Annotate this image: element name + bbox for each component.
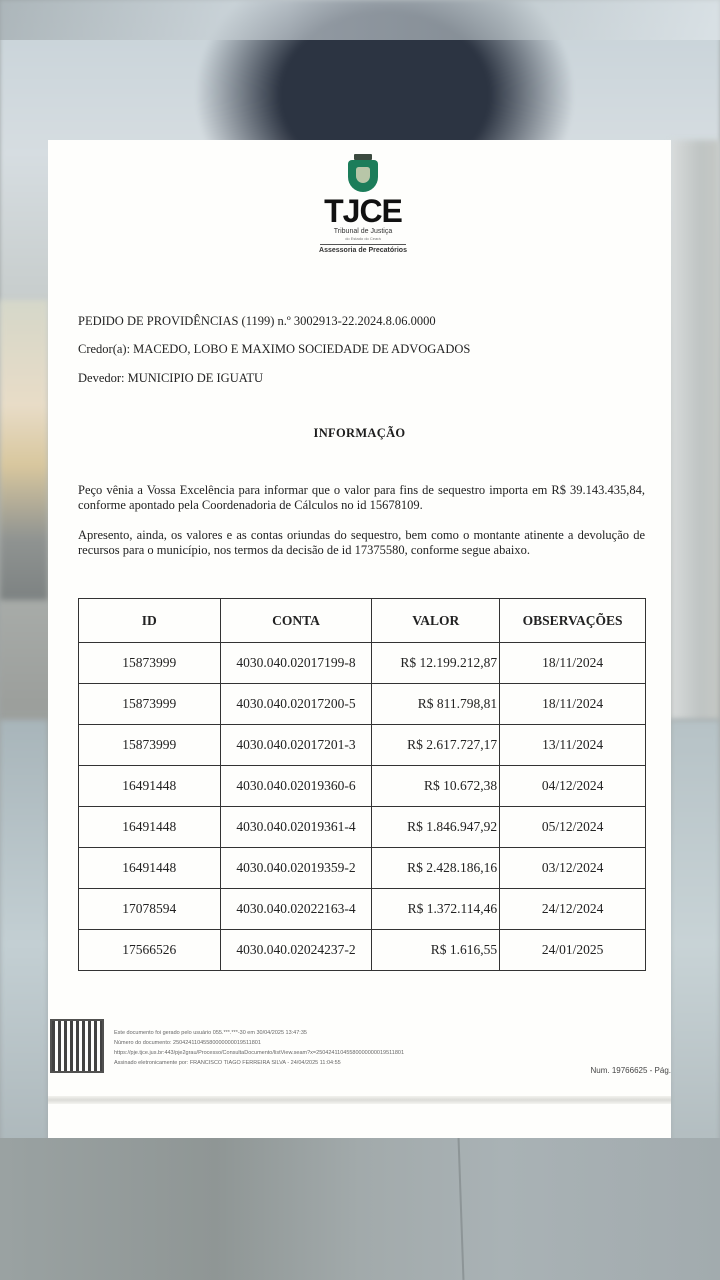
cell-conta: 4030.040.02024237-2 xyxy=(220,930,372,971)
department-name: Assessoria de Precatórios xyxy=(318,247,408,254)
cell-conta: 4030.040.02019361-4 xyxy=(220,807,372,848)
cell-valor: R$ 12.199.212,87 xyxy=(372,643,500,684)
tjce-logo: TJCE Tribunal de Justiça do Estado do Ce… xyxy=(318,154,408,254)
cell-observacoes: 18/11/2024 xyxy=(500,684,646,725)
table-row: 158739994030.040.02017200-5R$ 811.798,81… xyxy=(79,684,646,725)
accounts-table: ID CONTA VALOR OBSERVAÇÕES 158739994030.… xyxy=(78,598,646,971)
cell-observacoes: 24/12/2024 xyxy=(500,889,646,930)
cell-conta: 4030.040.02022163-4 xyxy=(220,889,372,930)
cell-observacoes: 04/12/2024 xyxy=(500,766,646,807)
cell-id: 16491448 xyxy=(79,848,221,889)
table-header-row: ID CONTA VALOR OBSERVAÇÕES xyxy=(79,599,646,643)
logo-text: TJCE xyxy=(318,194,408,228)
column-header-id: ID xyxy=(79,599,221,643)
table-row: 164914484030.040.02019361-4R$ 1.846.947,… xyxy=(79,807,646,848)
column-header-observacoes: OBSERVAÇÕES xyxy=(500,599,646,643)
cell-observacoes: 18/11/2024 xyxy=(500,643,646,684)
creditor: Credor(a): MACEDO, LOBO E MAXIMO SOCIEDA… xyxy=(78,342,470,356)
signature-block: Este documento foi gerado pelo usuário 0… xyxy=(114,1028,404,1068)
cell-valor: R$ 811.798,81 xyxy=(372,684,500,725)
table-row: 164914484030.040.02019359-2R$ 2.428.186,… xyxy=(79,848,646,889)
cell-conta: 4030.040.02017200-5 xyxy=(220,684,372,725)
table-row: 170785944030.040.02022163-4R$ 1.372.114,… xyxy=(79,889,646,930)
document-number-line: Número do documento: 2504241104558000000… xyxy=(114,1038,404,1048)
paragraph-sequestration-value: Peço vênia a Vossa Excelência para infor… xyxy=(78,483,645,513)
background-shirt-bottom xyxy=(0,1138,720,1280)
cell-valor: R$ 1.372.114,46 xyxy=(372,889,500,930)
generated-by-line: Este documento foi gerado pelo usuário 0… xyxy=(114,1028,404,1038)
qr-code xyxy=(50,1019,104,1073)
verification-url[interactable]: https://pje.tjce.jus.br:443/pje2grau/Pro… xyxy=(114,1048,404,1058)
background-left-strip xyxy=(0,300,48,600)
cell-conta: 4030.040.02019360-6 xyxy=(220,766,372,807)
logo-subtitle: Tribunal de Justiça xyxy=(318,228,408,236)
cell-id: 15873999 xyxy=(79,684,221,725)
background-right-strip xyxy=(670,140,720,720)
cell-id: 17566526 xyxy=(79,930,221,971)
cell-valor: R$ 1.616,55 xyxy=(372,930,500,971)
column-header-conta: CONTA xyxy=(220,599,372,643)
coat-of-arms-icon xyxy=(348,154,378,192)
debtor: Devedor: MUNICIPIO DE IGUATU xyxy=(78,371,263,385)
document-page: TJCE Tribunal de Justiça do Estado do Ce… xyxy=(48,140,671,1138)
cell-observacoes: 24/01/2025 xyxy=(500,930,646,971)
signed-by-line: Assinado eletronicamente por: FRANCISCO … xyxy=(114,1058,404,1068)
paragraph-accounts: Apresento, ainda, os valores e as contas… xyxy=(78,528,645,558)
logo-caption: do Estado do Ceará xyxy=(318,236,408,241)
page-number: Num. 19766625 - Pág. xyxy=(591,1066,672,1075)
cell-observacoes: 05/12/2024 xyxy=(500,807,646,848)
cell-conta: 4030.040.02017201-3 xyxy=(220,725,372,766)
table-row: 175665264030.040.02024237-2R$ 1.616,5524… xyxy=(79,930,646,971)
background-window-frame xyxy=(0,0,720,40)
cell-observacoes: 03/12/2024 xyxy=(500,848,646,889)
cell-id: 17078594 xyxy=(79,889,221,930)
logo-divider xyxy=(320,244,406,245)
section-heading: INFORMAÇÃO xyxy=(48,426,671,441)
cell-valor: R$ 1.846.947,92 xyxy=(372,807,500,848)
cell-valor: R$ 2.428.186,16 xyxy=(372,848,500,889)
table-row: 158739994030.040.02017201-3R$ 2.617.727,… xyxy=(79,725,646,766)
page-separator xyxy=(48,1096,671,1104)
cell-valor: R$ 10.672,38 xyxy=(372,766,500,807)
cell-id: 16491448 xyxy=(79,807,221,848)
cell-conta: 4030.040.02019359-2 xyxy=(220,848,372,889)
cell-id: 15873999 xyxy=(79,725,221,766)
cell-observacoes: 13/11/2024 xyxy=(500,725,646,766)
process-number: PEDIDO DE PROVIDÊNCIAS (1199) n.º 300291… xyxy=(78,314,436,328)
column-header-valor: VALOR xyxy=(372,599,500,643)
cell-conta: 4030.040.02017199-8 xyxy=(220,643,372,684)
table-row: 158739994030.040.02017199-8R$ 12.199.212… xyxy=(79,643,646,684)
cell-id: 16491448 xyxy=(79,766,221,807)
cell-id: 15873999 xyxy=(79,643,221,684)
table-row: 164914484030.040.02019360-6R$ 10.672,380… xyxy=(79,766,646,807)
cell-valor: R$ 2.617.727,17 xyxy=(372,725,500,766)
